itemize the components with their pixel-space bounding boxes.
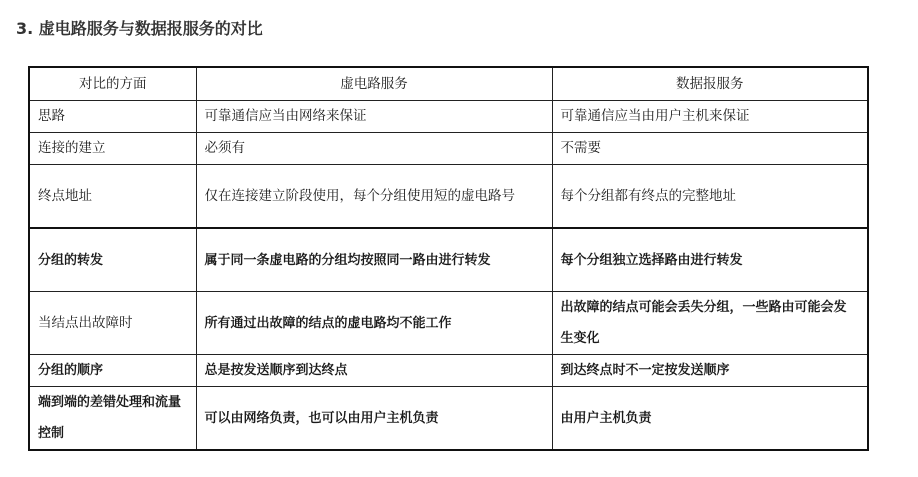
section-title: 3. 虚电路服务与数据报服务的对比: [16, 16, 263, 39]
aspect-cell: 分组的顺序: [29, 355, 196, 387]
aspect-cell: 终点地址: [29, 165, 196, 229]
datagram-cell: 到达终点时不一定按发送顺序: [552, 355, 868, 387]
header-virtual-circuit: 虚电路服务: [196, 67, 552, 101]
virtual-circuit-cell: 必须有: [196, 133, 552, 165]
virtual-circuit-cell: 仅在连接建立阶段使用，每个分组使用短的虚电路号: [196, 165, 552, 229]
table-row: 当结点出故障时 所有通过出故障的结点的虚电路均不能工作 出故障的结点可能会丢失分…: [29, 292, 868, 355]
virtual-circuit-cell: 属于同一条虚电路的分组均按照同一路由进行转发: [196, 228, 552, 292]
aspect-cell: 分组的转发: [29, 228, 196, 292]
datagram-cell: 每个分组都有终点的完整地址: [552, 165, 868, 229]
aspect-cell: 思路: [29, 101, 196, 133]
virtual-circuit-cell: 所有通过出故障的结点的虚电路均不能工作: [196, 292, 552, 355]
comparison-table: 对比的方面 虚电路服务 数据报服务 思路 可靠通信应当由网络来保证 可靠通信应当…: [28, 66, 869, 451]
virtual-circuit-cell: 总是按发送顺序到达终点: [196, 355, 552, 387]
virtual-circuit-cell: 可靠通信应当由网络来保证: [196, 101, 552, 133]
datagram-cell: 由用户主机负责: [552, 387, 868, 451]
header-aspect: 对比的方面: [29, 67, 196, 101]
virtual-circuit-cell: 可以由网络负责，也可以由用户主机负责: [196, 387, 552, 451]
table-header-row: 对比的方面 虚电路服务 数据报服务: [29, 67, 868, 101]
table-row: 端到端的差错处理和流量控制 可以由网络负责，也可以由用户主机负责 由用户主机负责: [29, 387, 868, 451]
table-row: 终点地址 仅在连接建立阶段使用，每个分组使用短的虚电路号 每个分组都有终点的完整…: [29, 165, 868, 229]
datagram-cell: 出故障的结点可能会丢失分组，一些路由可能会发生变化: [552, 292, 868, 355]
header-datagram: 数据报服务: [552, 67, 868, 101]
datagram-cell: 每个分组独立选择路由进行转发: [552, 228, 868, 292]
datagram-cell: 可靠通信应当由用户主机来保证: [552, 101, 868, 133]
table-row: 分组的转发 属于同一条虚电路的分组均按照同一路由进行转发 每个分组独立选择路由进…: [29, 228, 868, 292]
datagram-cell: 不需要: [552, 133, 868, 165]
table-row: 分组的顺序 总是按发送顺序到达终点 到达终点时不一定按发送顺序: [29, 355, 868, 387]
table-row: 连接的建立 必须有 不需要: [29, 133, 868, 165]
aspect-cell: 当结点出故障时: [29, 292, 196, 355]
aspect-cell: 连接的建立: [29, 133, 196, 165]
aspect-cell: 端到端的差错处理和流量控制: [29, 387, 196, 451]
table-row: 思路 可靠通信应当由网络来保证 可靠通信应当由用户主机来保证: [29, 101, 868, 133]
